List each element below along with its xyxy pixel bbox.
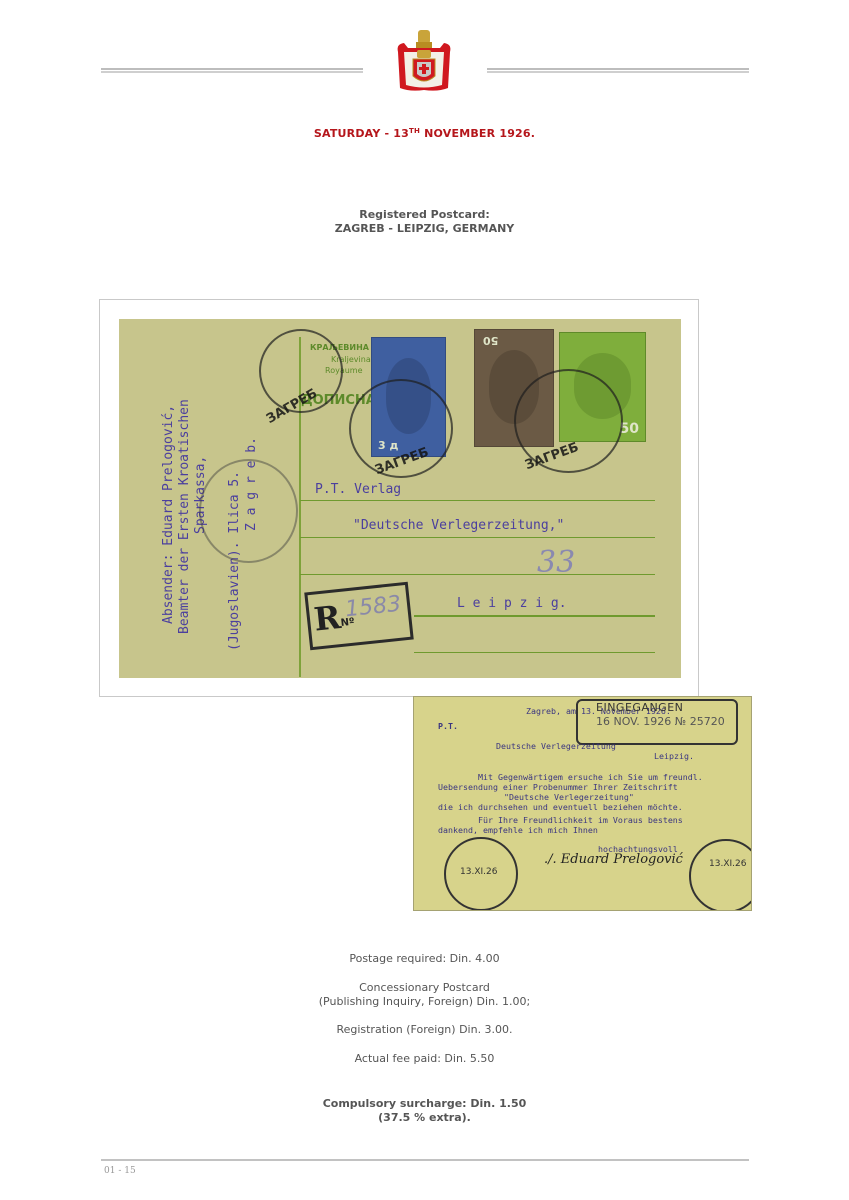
concession-line-2: (Publishing Inquiry, Foreign) Din. 1.00; [0, 995, 849, 1009]
letter-body-line-2: Uebersendung einer Probenummer Ihrer Zei… [438, 782, 678, 792]
address-line [300, 574, 655, 575]
concession-line-1: Concessionary Postcard [0, 981, 849, 995]
address-line [300, 537, 655, 538]
item-type-heading: Registered Postcard: [0, 208, 849, 221]
postmark-date: 13.XI.26 [460, 867, 497, 877]
registration-label: R Nº 1583 [304, 582, 413, 651]
date-prefix: SATURDAY - 13 [314, 127, 409, 140]
surcharge-line-1: Compulsory surcharge: Din. 1.50 [0, 1097, 849, 1111]
letter-signature: ./. Eduard Prelogović [544, 852, 683, 867]
received-stamp: EINGEGANGEN 16 NOV. 1926 № 25720 [576, 699, 738, 745]
registration-letter: R [312, 598, 342, 639]
postmark-date: 13.XI.26 [709, 859, 746, 869]
page-date-title: SATURDAY - 13TH NOVEMBER 1926. [0, 127, 849, 140]
letter-recipient: Deutsche Verlegerzeitung [496, 741, 616, 751]
letter-body-line-6: dankend, empfehle ich mich Ihnen [438, 825, 598, 835]
registration-number: 1583 [344, 592, 402, 623]
postmark-zagreb-maribor-left: 13.XI.26 [444, 837, 518, 911]
received-stamp-title: EINGEGANGEN [596, 701, 683, 714]
letter-pt: P.T. [438, 721, 458, 731]
actual-fee-note: Actual fee paid: Din. 5.50 [0, 1052, 849, 1066]
address-line [300, 500, 655, 501]
date-suffix: NOVEMBER 1926. [420, 127, 535, 140]
surcharge-line-2: (37.5 % extra). [0, 1111, 849, 1125]
addressee-city: L e i p z i g. [457, 596, 567, 611]
postcard-image: КРАЉЕВИНА Kraljevina Royaume ДОПИСНА Abs… [119, 319, 681, 678]
postcard-reverse-image: Zagreb, am 13. November 1926. EINGEGANGE… [413, 696, 752, 911]
postmark-transit [199, 459, 298, 563]
sender-line-2: Beamter der Ersten Kroatischen [177, 399, 192, 634]
sender-line-1: Absender: Eduard Prelogović, [161, 405, 176, 624]
header-rule-right [487, 68, 749, 73]
address-line [414, 615, 655, 617]
date-ordinal: TH [409, 127, 420, 135]
addressee-line-1: P.T. Verlag [315, 482, 401, 497]
addressee-line-2: "Deutsche Verlegerzeitung," [353, 518, 564, 533]
stamp-value: 50 [483, 334, 498, 347]
header-rule-left [101, 68, 363, 73]
postmark-zagreb-maribor-right: 13.XI.26 [689, 839, 752, 911]
postage-required-note: Postage required: Din. 4.00 [0, 952, 849, 966]
page-number: 01 - 15 [104, 1166, 136, 1176]
letter-body-line-5: Für Ihre Freundlichkeit im Voraus besten… [478, 815, 683, 825]
address-line [414, 652, 655, 653]
surcharge-note: Compulsory surcharge: Din. 1.50 (37.5 % … [0, 1097, 849, 1125]
letter-recipient-city: Leipzig. [654, 751, 694, 761]
registration-fee-note: Registration (Foreign) Din. 3.00. [0, 1023, 849, 1037]
letter-body-line-1: Mit Gegenwärtigem ersuche ich Sie um fre… [478, 772, 703, 782]
letter-body-line-4: die ich durchsehen und eventuell beziehe… [438, 802, 683, 812]
footer-rule [101, 1159, 749, 1161]
concession-note: Concessionary Postcard (Publishing Inqui… [0, 981, 849, 1009]
royal-coat-of-arms-icon [394, 30, 454, 100]
letter-body-line-3: "Deutsche Verlegerzeitung" [504, 792, 634, 802]
route-heading: ZAGREB - LEIPZIG, GERMANY [0, 222, 849, 235]
received-stamp-date: 16 NOV. 1926 № 25720 [596, 715, 725, 728]
